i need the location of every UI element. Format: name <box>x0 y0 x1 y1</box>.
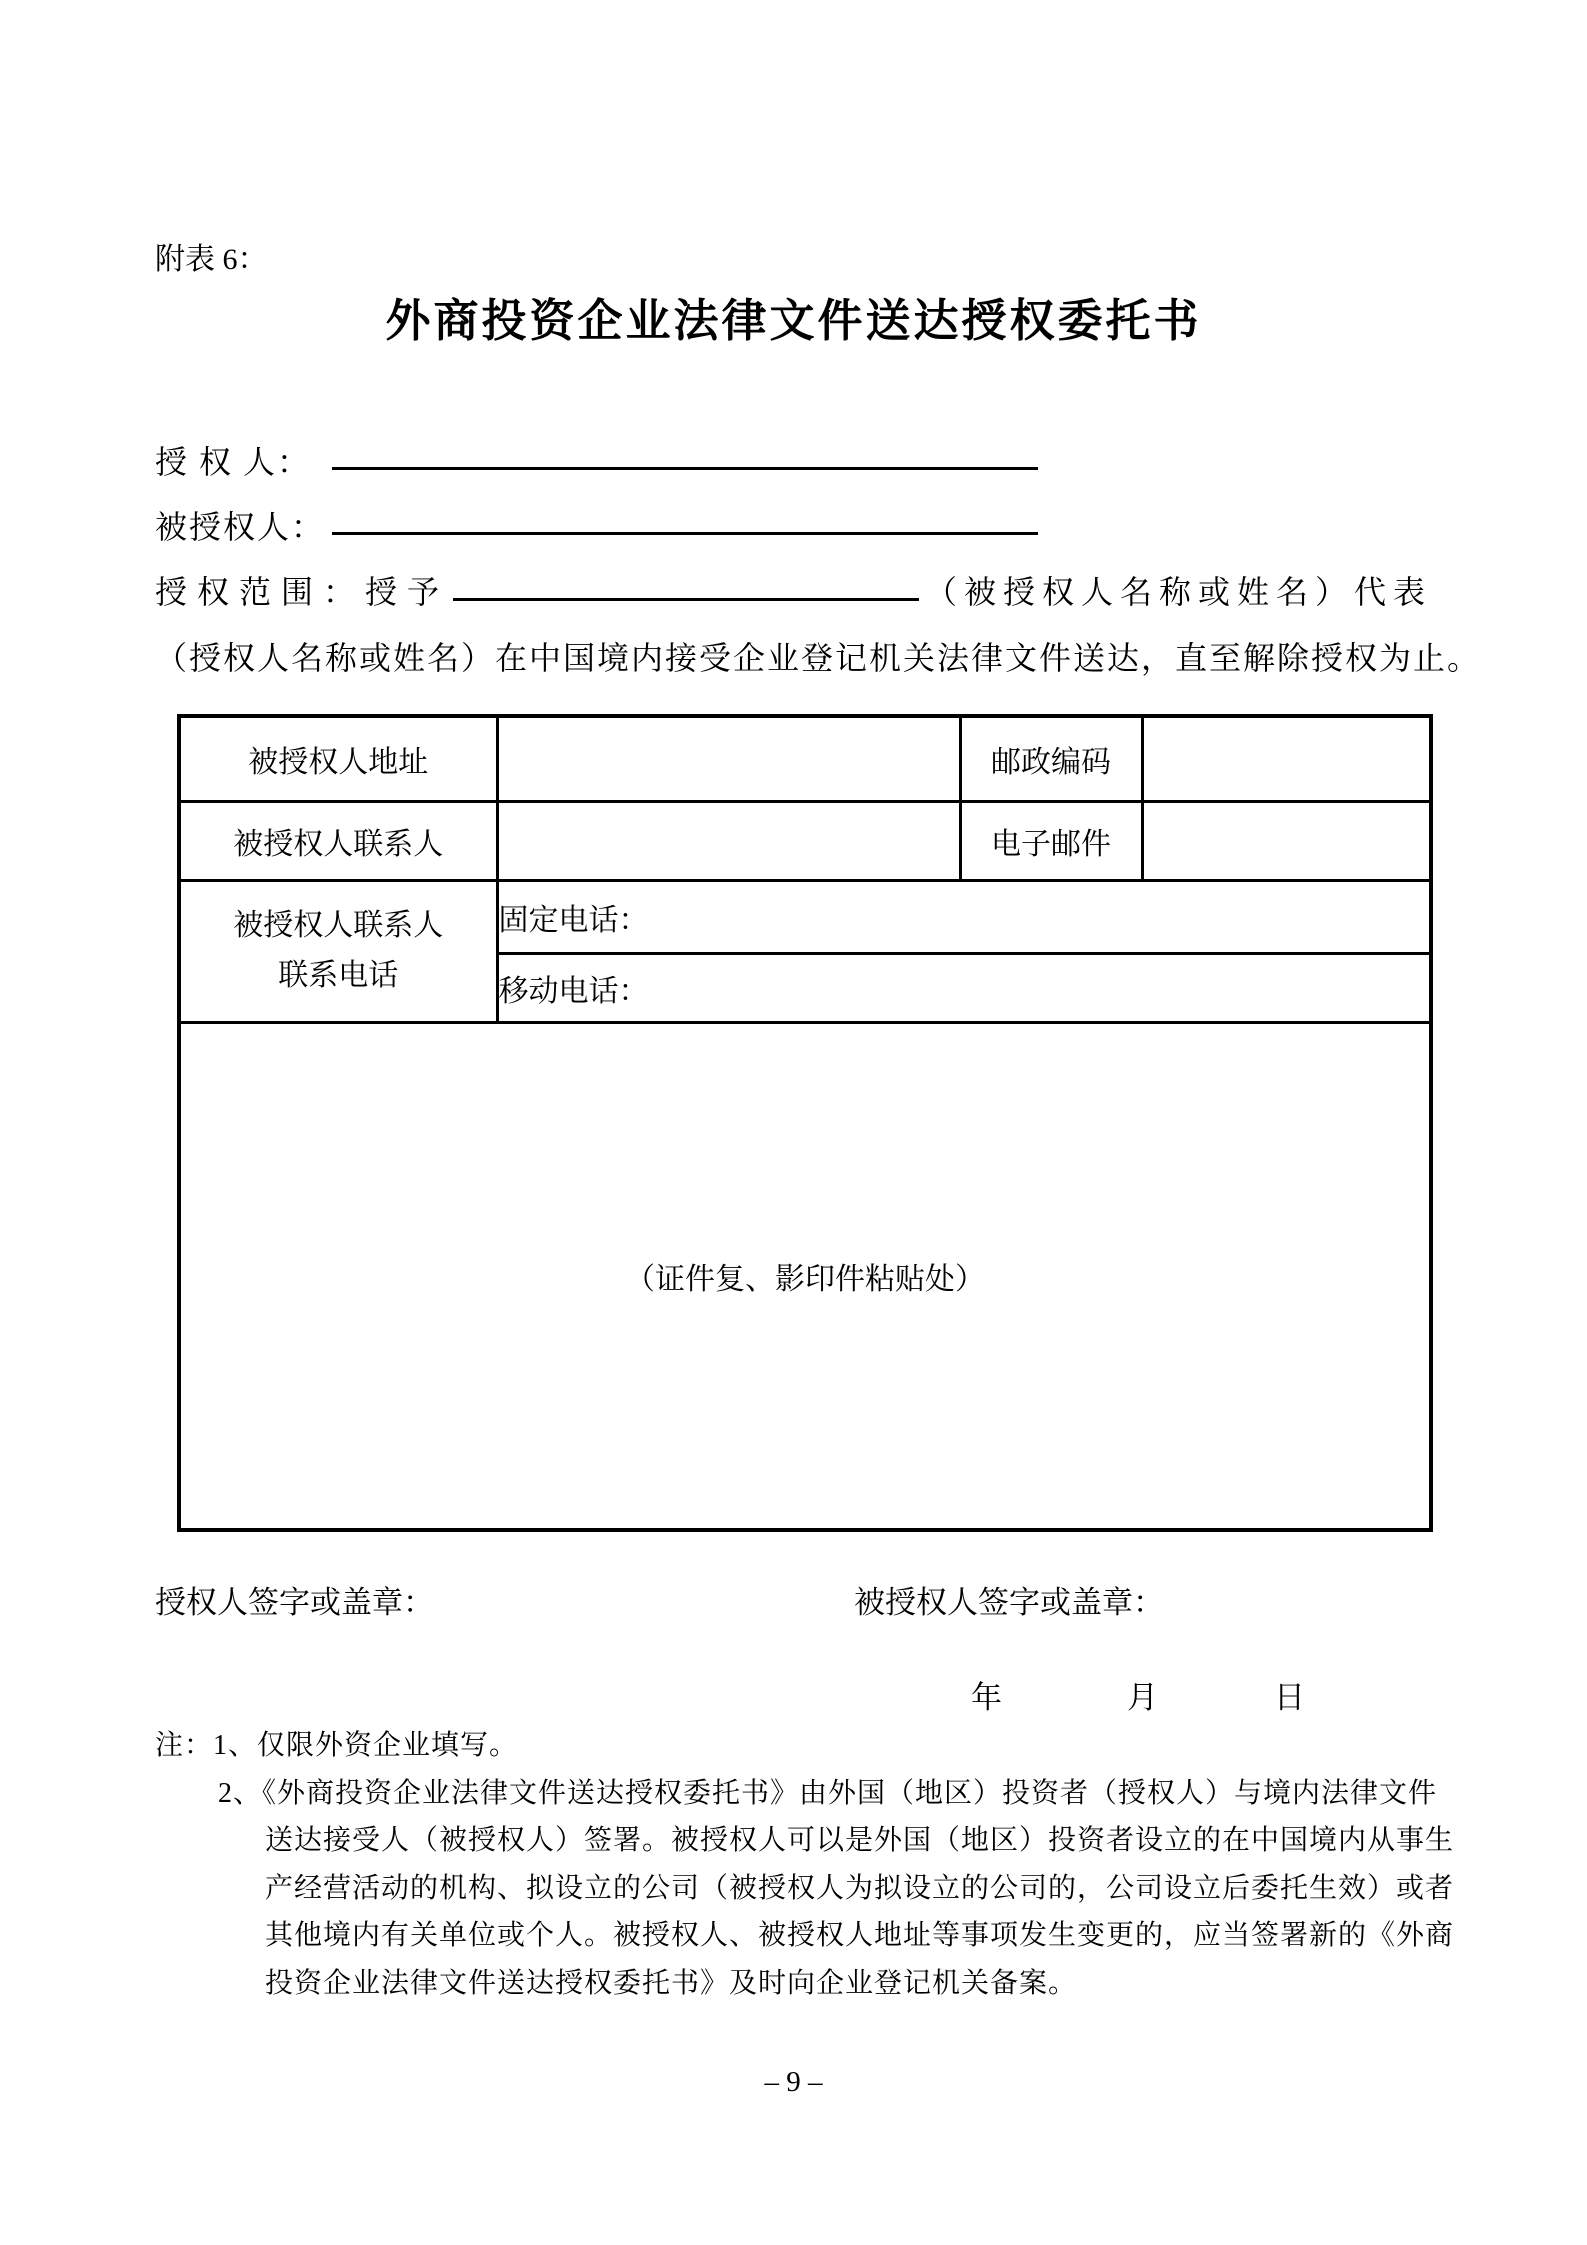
fixed-phone-cell[interactable]: 固定电话： <box>497 880 1431 953</box>
contact-value-cell[interactable] <box>497 801 960 880</box>
email-value-cell[interactable] <box>1142 801 1431 880</box>
table-row: 被授权人联系人 电子邮件 <box>179 801 1431 880</box>
phone-label-line1: 被授权人联系人 <box>181 901 496 951</box>
note-line: 产经营活动的机构、拟设立的公司（被授权人为拟设立的公司的，公司设立后委托生效）或… <box>265 1865 1515 1913</box>
notes-section: 注：1、仅限外资企业填写。 2、《外商投资企业法律文件送达授权委托书》由外国（地… <box>155 1722 1515 2007</box>
document-title: 外商投资企业法律文件送达授权委托书 <box>0 284 1587 349</box>
paste-area-cell[interactable]: （证件复、影印件粘贴处） <box>179 1022 1431 1530</box>
note-line: 2、《外商投资企业法律文件送达授权委托书》由外国（地区）投资者（授权人）与境内法… <box>218 1770 1515 1818</box>
authorizee-label: 被授权人： <box>155 502 325 548</box>
scope-suffix-label: （被授权人名称或姓名）代表 <box>925 567 1432 613</box>
month-label: 月 <box>1127 1672 1158 1717</box>
document-page: 附表 6： 外商投资企业法律文件送达授权委托书 授 权 人： 被授权人： 授权范… <box>0 0 1587 2245</box>
postcode-label-cell: 邮政编码 <box>960 716 1142 801</box>
note-line: 投资企业法律文件送达授权委托书》及时向企业登记机关备案。 <box>265 1960 1515 2008</box>
authorizee-name-blank[interactable] <box>332 532 1038 535</box>
postcode-value-cell[interactable] <box>1142 716 1431 801</box>
table-row: （证件复、影印件粘贴处） <box>179 1022 1431 1530</box>
year-label: 年 <box>971 1672 1002 1717</box>
mobile-phone-cell[interactable]: 移动电话： <box>497 953 1431 1022</box>
authorizee-signature-label: 被授权人签字或盖章： <box>854 1577 1164 1622</box>
email-label-cell: 电子邮件 <box>960 801 1142 880</box>
authorizer-name-blank[interactable] <box>332 467 1038 470</box>
phone-label-line2: 联系电话 <box>181 951 496 1001</box>
contact-label-cell: 被授权人联系人 <box>179 801 497 880</box>
note-line: 其他境内有关单位或个人。被授权人、被授权人地址等事项发生变更的，应当签署新的《外… <box>265 1912 1515 1960</box>
day-label: 日 <box>1274 1672 1305 1717</box>
authorization-table: 被授权人地址 邮政编码 被授权人联系人 电子邮件 被授权人联系人 联系电话 固定… <box>177 714 1433 1532</box>
note-line: 注：1、仅限外资企业填写。 <box>155 1722 1515 1770</box>
attachment-label: 附表 6： <box>155 234 268 278</box>
page-number: – 9 – <box>0 2066 1587 2099</box>
address-label-cell: 被授权人地址 <box>179 716 497 801</box>
scope-label: 授权范围：授予 <box>155 567 449 613</box>
phone-label-cell: 被授权人联系人 联系电话 <box>179 880 497 1022</box>
authorizer-label: 授 权 人： <box>155 437 311 483</box>
scope-grantee-blank[interactable] <box>453 598 919 601</box>
table-row: 被授权人联系人 联系电话 固定电话： <box>179 880 1431 953</box>
table-row: 被授权人地址 邮政编码 <box>179 716 1431 801</box>
note-line: 送达接受人（被授权人）签署。被授权人可以是外国（地区）投资者设立的在中国境内从事… <box>265 1817 1515 1865</box>
scope-note-line: （授权人名称或姓名）在中国境内接受企业登记机关法律文件送达，直至解除授权为止。 <box>155 633 1481 679</box>
authorizer-signature-label: 授权人签字或盖章： <box>155 1577 434 1622</box>
address-value-cell[interactable] <box>497 716 960 801</box>
